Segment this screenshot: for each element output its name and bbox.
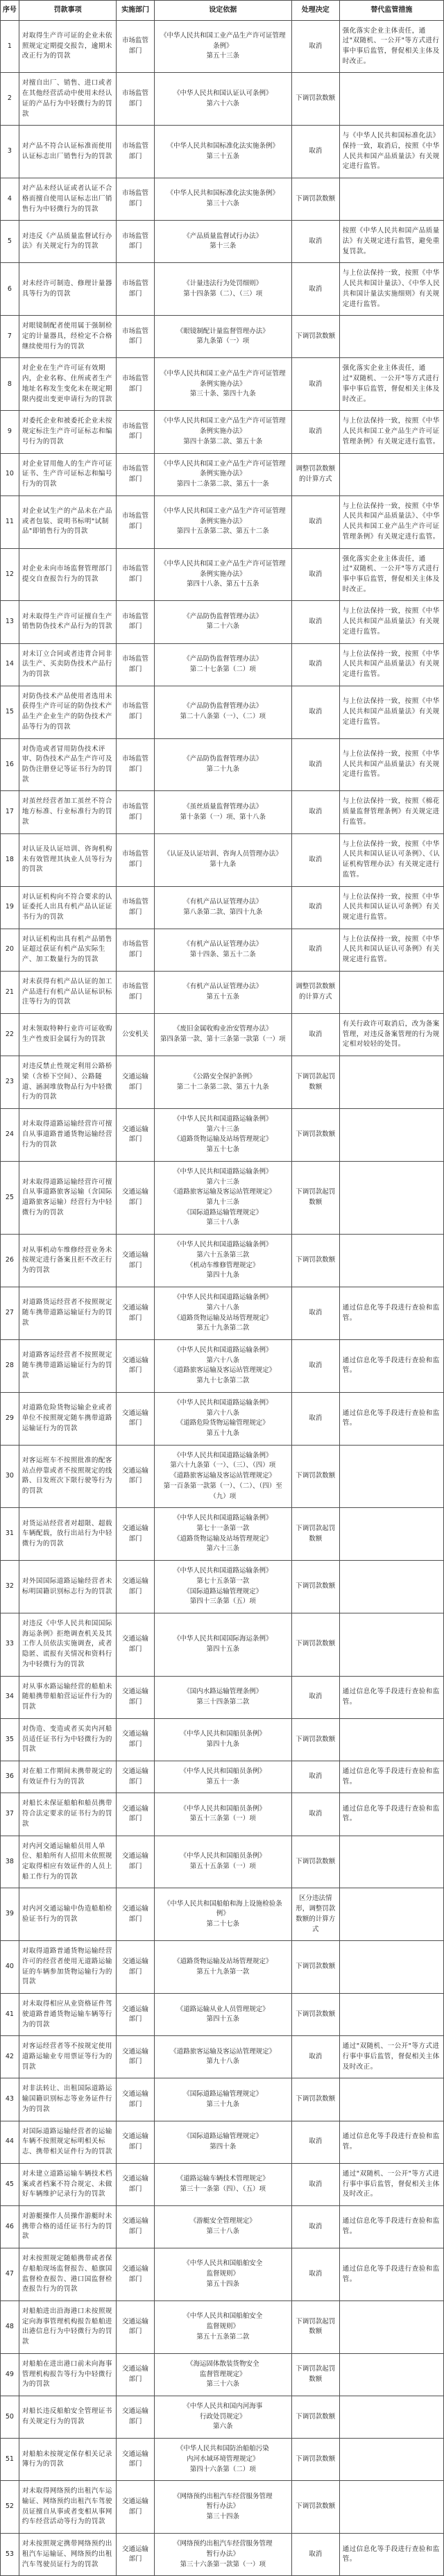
cell-alt-measure — [339, 1888, 443, 1941]
cell-legal-basis: 《网络预约出租汽车经营服务管理 暂行办法》 第三十六条第一款第（一）项 — [154, 2534, 291, 2576]
cell-seq: 6 — [1, 263, 19, 316]
cell-alt-measure — [339, 1994, 443, 2036]
cell-alt-measure — [339, 2439, 443, 2481]
cell-alt-measure: 强化落实企业主体责任，通过"双随机、一公开"等方式进行事中事后监管，督促相关主体… — [339, 548, 443, 601]
cell-alt-measure: 通过"双随机、一公开"等方式进行事中事后监管，督促相关主体及时改正。 — [339, 2163, 443, 2205]
cell-alt-measure: 通过信息化等手段进行查验和监管。 — [339, 1287, 443, 1340]
cell-alt-measure: 与上位法保持一致，按照《中华人民共和国认证认可条例》、《认证机构管理办法》有关规… — [339, 833, 443, 886]
cell-implementing-dept: 市场监管部门 — [117, 221, 154, 263]
cell-seq: 38 — [1, 1836, 19, 1888]
cell-decision: 取消 — [291, 1392, 339, 1445]
cell-penalty-item: 对违反《中华人民共和国国际海运条例》拒绝调查机关及其工作人员依法实施调查，或者隐… — [19, 1613, 117, 1677]
cell-implementing-dept: 交通运输部门 — [117, 2396, 154, 2439]
cell-legal-basis: 《道路运输从业人员管理规定》 第四十五条 — [154, 1994, 291, 2036]
cell-penalty-item: 对船舶进出沿海港口未按照规定向海事管理机构报告船舶进出港信息行为中轻微行为的罚款 — [19, 2300, 117, 2353]
cell-penalty-item: 对客运经营者等不按规定使用道路运输业专用票证等行为的罚款 — [19, 2036, 117, 2078]
table-row: 49对船舶在进出港口前未向海事管理机构报告等行为中轻微行为的罚款交通运输部门《海… — [1, 2353, 444, 2396]
cell-legal-basis: 《中华人民共和国认证认可条例》 第六十六条 — [154, 73, 291, 126]
cell-seq: 36 — [1, 1761, 19, 1793]
cell-legal-basis: 《中华人民共和国标准化法实施条例》 第三十六条 — [154, 178, 291, 221]
cell-penalty-item: 对未取得生产许可证擅自生产销售防伪技术产品行为的罚款 — [19, 601, 117, 643]
cell-legal-basis: 《中华人民共和国船舶和海上设施检验条例》 第二十七条 — [154, 1888, 291, 1941]
cell-penalty-item: 对在船工作期间未携带规定的有效证件行为的罚款 — [19, 1761, 117, 1793]
cell-decision: 下调罚款数额 — [291, 1561, 339, 1613]
cell-seq: 49 — [1, 2353, 19, 2396]
cell-legal-basis: 《中华人民共和国道路运输条例》 第六十五条第三款 《机动车维修管理规定》 第四十… — [154, 1235, 291, 1287]
cell-penalty-item: 对从事机动车维修经营业务未按规定进行备案且拒不改正行为的罚款 — [19, 1235, 117, 1287]
cell-legal-basis: 《产品防伪监督管理办法》 第二十六条 — [154, 601, 291, 643]
cell-legal-basis: 《中华人民共和国工业产品生产许可证管理条例实施办法》 第四十八条、第五十五条 — [154, 548, 291, 601]
cell-implementing-dept: 市场监管部门 — [117, 178, 154, 221]
table-row: 17对茧丝经营者加工茧丝不符合地方标准、行业标准行为的罚款市场监管部门《茧丝质量… — [1, 791, 444, 833]
cell-legal-basis: 《中华人民共和国工业产品生产许可证管理条例实施办法》 第四十五条第二款、第五十二… — [154, 495, 291, 548]
cell-seq: 24 — [1, 1109, 19, 1162]
cell-seq: 9 — [1, 411, 19, 453]
cell-legal-basis: 《中华人民共和国标准化法实施条例》 第三十五条 — [154, 126, 291, 178]
table-row: 5对违反《产品质量监督试行办法》有关规定行为的罚款市场监管部门《产品质量监督试行… — [1, 221, 444, 263]
cell-alt-measure — [339, 1109, 443, 1162]
cell-penalty-item: 对委托企业和被委托企业未按规定标注生产许可证标志和编号行为的罚款 — [19, 411, 117, 453]
cell-implementing-dept: 市场监管部门 — [117, 411, 154, 453]
cell-implementing-dept: 市场监管部门 — [117, 263, 154, 316]
cell-legal-basis: 《国际道路运输管理规定》 第三十九条 — [154, 2078, 291, 2121]
cell-seq: 32 — [1, 1561, 19, 1613]
table-row: 11对企业试生产的产品未在产品或者包装、说明书标明"试制品"即销售行为的罚款市场… — [1, 495, 444, 548]
cell-seq: 39 — [1, 1888, 19, 1941]
cell-decision: 下调罚款起罚数额 — [291, 2300, 339, 2353]
cell-implementing-dept: 交通运输部门 — [117, 1836, 154, 1888]
cell-alt-measure — [339, 2396, 443, 2439]
cell-penalty-item: 对未按照规定携带网络预约出租汽车运输证、网络预约出租汽车驾驶员证行为的罚款 — [19, 2534, 117, 2576]
cell-seq: 29 — [1, 1392, 19, 1445]
cell-implementing-dept: 交通运输部门 — [117, 1941, 154, 1994]
cell-implementing-dept: 市场监管部门 — [117, 643, 154, 686]
cell-decision: 取消 — [291, 2248, 339, 2301]
cell-decision: 取消 — [291, 411, 339, 453]
cell-legal-basis: 《中华人民共和国道路运输条例》 第六十三条 《道路旅客运输及客运站管理规定》 第… — [154, 1161, 291, 1234]
cell-decision: 取消 — [291, 1013, 339, 1056]
cell-decision: 下调罚款数额 — [291, 2481, 339, 2534]
cell-decision: 取消 — [291, 1793, 339, 1836]
cell-implementing-dept: 市场监管部门 — [117, 929, 154, 971]
penalty-table: 序号 罚款事项 实施部门 设定依据 处理决定 替代监管措施 1对取得生产许可证的… — [0, 0, 444, 2576]
cell-decision: 下调罚款数额 — [291, 316, 339, 358]
table-row: 16对伪造或者冒用防伪技术评审、防伪技术产品生产许可及防伪注册登记等证书行为的罚… — [1, 738, 444, 791]
cell-penalty-item: 对防伪技术产品使用者选用未获得生产许可证的防伪技术产品生产企业生产的防伪技术产品… — [19, 686, 117, 738]
cell-alt-measure — [339, 2353, 443, 2396]
cell-seq: 13 — [1, 601, 19, 643]
cell-alt-measure: 与上位法保持一致，按照《中华人民共和国认证认可条例》有关规定进行监管。 — [339, 886, 443, 929]
cell-implementing-dept: 交通运输部门 — [117, 1561, 154, 1613]
cell-implementing-dept: 交通运输部门 — [117, 1718, 154, 1761]
cell-implementing-dept: 交通运输部门 — [117, 1445, 154, 1508]
cell-penalty-item: 对认证及认证培训、咨询机构未有效管理其执业人员等行为的罚款 — [19, 833, 117, 886]
header-alt-measures: 替代监管措施 — [339, 1, 443, 21]
cell-implementing-dept: 交通运输部门 — [117, 1613, 154, 1677]
cell-implementing-dept: 交通运输部门 — [117, 2534, 154, 2576]
cell-alt-measure: 有关行政许可取消后，改为备案管理，对违反备案管理的行为规定相对较轻的处罚。 — [339, 1013, 443, 1056]
cell-legal-basis: 《茧丝质量监督管理办法》 第十条第（一）项、第十八条 — [154, 791, 291, 833]
cell-decision: 取消 — [291, 1339, 339, 1392]
table-row: 13对未取得生产许可证擅自生产销售防伪技术产品行为的罚款市场监管部门《产品防伪监… — [1, 601, 444, 643]
table-row: 26对从事机动车维修经营业务未按规定进行备案且拒不改正行为的罚款交通运输部门《中… — [1, 1235, 444, 1287]
cell-decision: 取消 — [291, 2205, 339, 2248]
table-row: 47对未按照规定随船携带或者保存船舶现场监督报告、船旗国监督检查报告、港口国监督… — [1, 2248, 444, 2301]
cell-decision: 取消 — [291, 686, 339, 738]
table-row: 14对未订立合同或者违背合同非法生产、买卖防伪技术产品行为的罚款市场监管部门《产… — [1, 643, 444, 686]
cell-penalty-item: 对未按照规定随船携带或者保存船舶现场监督报告、船旗国监督检查报告、港口国监督检查… — [19, 2248, 117, 2301]
header-seq: 序号 — [1, 1, 19, 21]
cell-decision: 下调罚款起罚数额 — [291, 1161, 339, 1234]
table-row: 31对货运站经营者对超限、超载车辆配载，放行出站行为中轻微行为的罚款交通运输部门… — [1, 1508, 444, 1561]
cell-implementing-dept: 交通运输部门 — [117, 2300, 154, 2353]
cell-penalty-item: 对产品不符合认证标准而使用认证标志出厂销售行为的罚款 — [19, 126, 117, 178]
cell-alt-measure — [339, 2078, 443, 2121]
table-row: 30对客运班车不按照批准的配客站点停靠或者不按照规定的线路、日发班次下限行驶等行… — [1, 1445, 444, 1508]
cell-implementing-dept: 交通运输部门 — [117, 2163, 154, 2205]
cell-implementing-dept: 市场监管部门 — [117, 73, 154, 126]
cell-implementing-dept: 交通运输部门 — [117, 1676, 154, 1718]
table-row: 28对道路客运经营者不按照规定随车携带道路运输证行为的罚款交通运输部门《中华人民… — [1, 1339, 444, 1392]
cell-seq: 23 — [1, 1056, 19, 1109]
cell-legal-basis: 《道路旅客运输及客运站管理规定》 第九十八条 — [154, 2036, 291, 2078]
cell-alt-measure: 与上位法保持一致，按照《中华人民共和国产品质量法》有关规定进行监管。 — [339, 686, 443, 738]
cell-seq: 52 — [1, 2481, 19, 2534]
cell-legal-basis: 《有机产品认证管理办法》 第五十五条 — [154, 971, 291, 1013]
table-row: 3对产品不符合认证标准而使用认证标志出厂销售行为的罚款市场监管部门《中华人民共和… — [1, 126, 444, 178]
cell-seq: 3 — [1, 126, 19, 178]
cell-legal-basis: 《中华人民共和国道路运输条例》 第六十三条 《道路货物运输及站场管理规定》 第五… — [154, 1109, 291, 1162]
table-row: 40对取得道路普通货物运输经营许可的经营者使用无道路运输证的车辆参加货物运输行为… — [1, 1941, 444, 1994]
cell-decision: 下调罚款起罚数额 — [291, 1056, 339, 1109]
cell-implementing-dept: 交通运输部门 — [117, 2481, 154, 2534]
cell-legal-basis: 《中华人民共和国工业产品生产许可证管理条例实施办法》 第四十条第二款、第五十条 — [154, 411, 291, 453]
cell-implementing-dept: 市场监管部门 — [117, 20, 154, 73]
cell-legal-basis: 《海运固体散装货物安全 监督管理规定》 第三十六条 — [154, 2353, 291, 2396]
cell-alt-measure: 按照《中华人民共和国产品质量法》有关规定进行监管，避免重复罚款。 — [339, 221, 443, 263]
cell-decision: 取消 — [291, 791, 339, 833]
cell-decision: 下调罚款数额 — [291, 1941, 339, 1994]
cell-seq: 48 — [1, 2300, 19, 2353]
cell-implementing-dept: 交通运输部门 — [117, 1339, 154, 1392]
header-penalty-item: 罚款事项 — [19, 1, 117, 21]
table-row: 23对违反禁止性规定利用公路桥梁（含桥下空间）、公路隧道、涵洞堆放物品行为中轻微… — [1, 1056, 444, 1109]
cell-decision: 取消 — [291, 833, 339, 886]
cell-legal-basis: 《中华人民共和国道路运输条例》 第六十八条 《道路危险货物运输管理规定》 第五十… — [154, 1392, 291, 1445]
table-row: 33对违反《中华人民共和国国际海运条例》拒绝调查机关及其工作人员依法实施调查，或… — [1, 1613, 444, 1677]
cell-legal-basis: 《中华人民共和国工业产品生产许可证管理条例实施办法》 第四十二条第二款、第五十一… — [154, 453, 291, 495]
cell-penalty-item: 对船舶未按规定保存相关记录簿行为的罚款 — [19, 2439, 117, 2481]
table-row: 6对未经许可制造、修理计量器具等行为的罚款市场监管部门《计量违法行为处罚细则》 … — [1, 263, 444, 316]
cell-seq: 8 — [1, 358, 19, 411]
cell-alt-measure: 通过信息化等手段进行查验和监管。 — [339, 2121, 443, 2163]
cell-alt-measure — [339, 178, 443, 221]
cell-legal-basis: 《游艇安全管理规定》 第三十八条 — [154, 2205, 291, 2248]
cell-implementing-dept: 交通运输部门 — [117, 2036, 154, 2078]
cell-implementing-dept: 市场监管部门 — [117, 833, 154, 886]
cell-legal-basis: 《产品质量监督试行办法》 第十三条 — [154, 221, 291, 263]
cell-penalty-item: 对认证机构出具有机产品销售证超过获证有机产品实际生产、加工数量行为的罚款 — [19, 929, 117, 971]
table-row: 35对伪造、变造或者买卖内河船员适任证书行为中轻微行为的罚款交通运输部门《中华人… — [1, 1718, 444, 1761]
cell-penalty-item: 对未经许可制造、修理计量器具等行为的罚款 — [19, 263, 117, 316]
cell-penalty-item: 对伪造、变造或者买卖内河船员适任证书行为中轻微行为的罚款 — [19, 1718, 117, 1761]
cell-alt-measure — [339, 1836, 443, 1888]
cell-legal-basis: 《中华人民共和国道路运输条例》 第六十八条 《道路旅客运输及客运站管理规定》 第… — [154, 1339, 291, 1392]
table-row: 48对船舶进出沿海港口未按照规定向海事管理机构报告船舶进出港信息行为中轻微行为的… — [1, 2300, 444, 2353]
cell-implementing-dept: 交通运输部门 — [117, 2353, 154, 2396]
cell-penalty-item: 对违反《产品质量监督试行办法》有关规定行为的罚款 — [19, 221, 117, 263]
cell-decision: 调整罚款数额的计算方式 — [291, 453, 339, 495]
cell-legal-basis: 《中华人民共和国工业产品生产许可证管理条例》 第五十三条 — [154, 20, 291, 73]
cell-penalty-item: 对道路客运经营者不按照规定随车携带道路运输证行为的罚款 — [19, 1339, 117, 1392]
cell-penalty-item: 对企业试生产的产品未在产品或者包装、说明书标明"试制品"即销售行为的罚款 — [19, 495, 117, 548]
cell-implementing-dept: 市场监管部门 — [117, 601, 154, 643]
table-row: 29对道路危险货物运输企业或者单位不按照规定随车携带道路运输证行为的罚款交通运输… — [1, 1392, 444, 1445]
cell-alt-measure: 与上位法保持一致，按照《中华人民共和国产品质量法》有关规定进行监管。 — [339, 738, 443, 791]
cell-alt-measure: 通过信息化等手段进行查验和监管。 — [339, 1761, 443, 1793]
cell-decision: 下调罚款数额 — [291, 2396, 339, 2439]
cell-decision: 下调罚款数额 — [291, 1718, 339, 1761]
cell-alt-measure: 强化落实企业主体责任，通过"双随机、一公开"等方式进行事中事后监管，督促相关主体… — [339, 358, 443, 411]
table-body: 1对取得生产许可证的企业未依照规定定期提交报告，逾期未改正行为的罚款市场监管部门… — [1, 20, 444, 2576]
table-row: 1对取得生产许可证的企业未依照规定定期提交报告，逾期未改正行为的罚款市场监管部门… — [1, 20, 444, 73]
cell-decision: 取消 — [291, 221, 339, 263]
cell-decision: 取消 — [291, 20, 339, 73]
cell-penalty-item: 对游艇操作人员操作游艇时未携带合格的适任证书行为的罚款 — [19, 2205, 117, 2248]
cell-penalty-item: 对伪造或者冒用防伪技术评审、防伪技术产品生产许可及防伪注册登记等证书行为的罚款 — [19, 738, 117, 791]
cell-penalty-item: 对道路货运经营者不按照规定随车携带道路运输证行为的罚款 — [19, 1287, 117, 1340]
cell-implementing-dept: 交通运输部门 — [117, 1793, 154, 1836]
cell-seq: 28 — [1, 1339, 19, 1392]
cell-decision: 取消 — [291, 601, 339, 643]
cell-legal-basis: 《中华人民共和国道路运输条例》 第七十五条第一款 《国际道路运输管理规定》 第四… — [154, 1561, 291, 1613]
cell-alt-measure: 强化落实企业主体责任，通过"双随机、一公开"等方式进行事中事后监管，督促相关主体… — [339, 20, 443, 73]
table-row: 7对眼镜制配者使用属于强制检定的计量器具，经检定不合格继续使用行为的罚款市场监管… — [1, 316, 444, 358]
cell-alt-measure: 与上位法保持一致，按照《棉花质量监督管理条例》有关规定进行监管。 — [339, 791, 443, 833]
cell-legal-basis: 《网络预约出租汽车经营服务管理 暂行办法》 第三十四条 — [154, 2481, 291, 2534]
cell-penalty-item: 对未获得有机产品认证的加工产品进行有机产品认证标识标注等行为的罚款 — [19, 971, 117, 1013]
table-row: 36对在船工作期间未携带规定的有效证件行为的罚款交通运输部门《中华人民共和国船员… — [1, 1761, 444, 1793]
cell-implementing-dept: 公安机关 — [117, 1013, 154, 1056]
table-row: 12对企业未向市场监督管理部门提交自查报告行为的罚款市场监管部门《中华人民共和国… — [1, 548, 444, 601]
cell-penalty-item: 对内河交通运输中伪造船舶检验证书行为的罚款 — [19, 1888, 117, 1941]
table-row: 10对企业冒用他人的生产许可证证书、生产许可证标志和编号行为的罚款市场监管部门《… — [1, 453, 444, 495]
table-row: 44对国际道路运输经营者的运输车辆不按照规定标明相关标志、携带相关证件行为的罚款… — [1, 2121, 444, 2163]
cell-implementing-dept: 交通运输部门 — [117, 2121, 154, 2163]
cell-decision: 取消 — [291, 2121, 339, 2163]
cell-legal-basis: 《国际道路运输管理规定》 第四十条 — [154, 2121, 291, 2163]
table-row: 34对从事水路运输经营的船舶未随船携带船舶营运证件行为的罚款交通运输部门《国内水… — [1, 1676, 444, 1718]
cell-alt-measure: 通过信息化等手段进行查验和监管。 — [339, 1676, 443, 1718]
cell-decision: 取消 — [291, 2534, 339, 2576]
table-row: 32对外国国际道路运输经营者未标明国籍识别标志行为的罚款交通运输部门《中华人民共… — [1, 1561, 444, 1613]
cell-penalty-item: 对产品未经认证或者认证不合格而擅自使用认证标志出厂销售行为中轻微行为的罚款 — [19, 178, 117, 221]
cell-legal-basis: 《道路运输车辆技术管理规定》 第三十一条第（四）、（五）项 — [154, 2163, 291, 2205]
cell-seq: 20 — [1, 929, 19, 971]
table-row: 42对客运经营者等不按规定使用道路运输业专用票证等行为的罚款交通运输部门《道路旅… — [1, 2036, 444, 2078]
cell-seq: 15 — [1, 686, 19, 738]
cell-alt-measure: 通过信息化等手段进行查验和监管。 — [339, 2534, 443, 2576]
cell-alt-measure: 与《中华人民共和国标准化法》保持一致，取消后，按照《中华人民共和国产品质量法》有… — [339, 126, 443, 178]
table-row: 52对未取得网络预约出租汽车运输证、网络预约出租汽车驾驶员证擅自从事或者变相从事… — [1, 2481, 444, 2534]
cell-alt-measure: 通过信息化等手段进行查验和监管。 — [339, 2205, 443, 2248]
cell-legal-basis: 《有机产品认证管理办法》 第八条第二款、第四十九条 — [154, 886, 291, 929]
cell-implementing-dept: 交通运输部门 — [117, 1994, 154, 2036]
table-row: 27对道路货运经营者不按照规定随车携带道路运输证行为的罚款交通运输部门《中华人民… — [1, 1287, 444, 1340]
cell-penalty-item: 对企业未向市场监督管理部门提交自查报告行为的罚款 — [19, 548, 117, 601]
cell-implementing-dept: 市场监管部门 — [117, 886, 154, 929]
cell-seq: 45 — [1, 2163, 19, 2205]
table-row: 20对认证机构出具有机产品销售证超过获证有机产品实际生产、加工数量行为的罚款市场… — [1, 929, 444, 971]
cell-seq: 47 — [1, 2248, 19, 2301]
cell-penalty-item: 对外国国际道路运输经营者未标明国籍识别标志行为的罚款 — [19, 1561, 117, 1613]
cell-legal-basis: 《中华人民共和国防治船舶污染 内河水域环境管理规定》 第四十六条第（二）项 — [154, 2439, 291, 2481]
table-row: 46对游艇操作人员操作游艇时未携带合格的适任证书行为的罚款交通运输部门《游艇安全… — [1, 2205, 444, 2248]
table-row: 51对船舶未按规定保存相关记录簿行为的罚款交通运输部门《中华人民共和国防治船舶污… — [1, 2439, 444, 2481]
cell-seq: 22 — [1, 1013, 19, 1056]
table-row: 50对船长违反船舶安全管理证书有关规定行为的罚款交通运输部门《中华人民共和国内河… — [1, 2396, 444, 2439]
cell-alt-measure: 通过信息化等手段进行查验和监管。 — [339, 1392, 443, 1445]
cell-legal-basis: 《中华人民共和国船员条例》 第五十三条第（一）项 — [154, 1793, 291, 1836]
cell-implementing-dept: 交通运输部门 — [117, 1056, 154, 1109]
header-decision: 处理决定 — [291, 1, 339, 21]
cell-seq: 42 — [1, 2036, 19, 2078]
cell-seq: 37 — [1, 1793, 19, 1836]
table-row: 19对认证机构向不符合要求的认证委托人出具有机产品认证证书行为的罚款市场监管部门… — [1, 886, 444, 929]
cell-seq: 33 — [1, 1613, 19, 1677]
cell-implementing-dept: 交通运输部门 — [117, 1109, 154, 1162]
cell-seq: 4 — [1, 178, 19, 221]
cell-decision: 调整罚款数额的计算方式 — [291, 971, 339, 1013]
cell-decision: 下调罚款数额 — [291, 1613, 339, 1677]
cell-decision: 下调罚款数额 — [291, 178, 339, 221]
cell-alt-measure — [339, 316, 443, 358]
cell-penalty-item: 对从事水路运输经营的船舶未随船携带船舶营运证件行为的罚款 — [19, 1676, 117, 1718]
table-row: 45对未建立道路运输车辆技术档案或者档案不符合规定、未做好车辆维护记录行为的罚款… — [1, 2163, 444, 2205]
cell-legal-basis: 《有机产品认证管理办法》 第十四条、第五十二条 — [154, 929, 291, 971]
cell-seq: 2 — [1, 73, 19, 126]
cell-decision: 下调罚款起罚数额 — [291, 2353, 339, 2396]
cell-implementing-dept: 交通运输部门 — [117, 1161, 154, 1234]
cell-legal-basis: 《产品防伪监督管理办法》 第二十七条第（二）项 — [154, 643, 291, 686]
cell-legal-basis: 《中华人民共和国道路运输条例》 第六十九条第（一）、（三）、（四）项 《道路旅客… — [154, 1445, 291, 1508]
cell-penalty-item: 对眼镜制配者使用属于强制检定的计量器具，经检定不合格继续使用行为的罚款 — [19, 316, 117, 358]
cell-legal-basis: 《中华人民共和国船员条例》 第四十九条 — [154, 1718, 291, 1761]
cell-alt-measure — [339, 1718, 443, 1761]
cell-implementing-dept: 交通运输部门 — [117, 1508, 154, 1561]
cell-decision: 下调罚款数额 — [291, 1109, 339, 1162]
cell-legal-basis: 《中华人民共和国工业产品生产许可证管理条例实施办法》 第三十条、第四十九条 — [154, 358, 291, 411]
table-row: 22对未领取特种行业许可证收购生产性废旧金属行为的罚款公安机关《废旧金属收购业治… — [1, 1013, 444, 1056]
cell-penalty-item: 对未取得道路运输经营许可擅自从事道路普通货物运输经营行为的罚款 — [19, 1109, 117, 1162]
cell-decision: 取消 — [291, 929, 339, 971]
table-header-row: 序号 罚款事项 实施部门 设定依据 处理决定 替代监管措施 — [1, 1, 444, 21]
cell-implementing-dept: 交通运输部门 — [117, 1392, 154, 1445]
cell-penalty-item: 对取得道路普通货物运输经营许可的经营者使用无道路运输证的车辆参加货物运输行为的罚… — [19, 1941, 117, 1994]
cell-implementing-dept: 交通运输部门 — [117, 1235, 154, 1287]
cell-seq: 31 — [1, 1508, 19, 1561]
cell-seq: 53 — [1, 2534, 19, 2576]
cell-seq: 11 — [1, 495, 19, 548]
table-row: 15对防伪技术产品使用者选用未获得生产许可证的防伪技术产品生产企业生产的防伪技术… — [1, 686, 444, 738]
cell-alt-measure: 通过信息化等手段进行查验和监管。 — [339, 2248, 443, 2301]
cell-implementing-dept: 交通运输部门 — [117, 2205, 154, 2248]
cell-seq: 12 — [1, 548, 19, 601]
cell-alt-measure — [339, 1235, 443, 1287]
cell-alt-measure — [339, 1941, 443, 1994]
cell-implementing-dept: 交通运输部门 — [117, 1761, 154, 1793]
cell-penalty-item: 对船长未保证船舶和船员携带符合法定要求的证书行为的罚款 — [19, 1793, 117, 1836]
cell-decision: 下调罚款数额 — [291, 73, 339, 126]
cell-legal-basis: 《产品防伪监督管理办法》 第二十九条 — [154, 738, 291, 791]
cell-decision: 下调罚款数额 — [291, 2439, 339, 2481]
cell-penalty-item: 对认证机构向不符合要求的认证委托人出具有机产品认证证书行为的罚款 — [19, 886, 117, 929]
cell-seq: 1 — [1, 20, 19, 73]
cell-decision: 下调罚款数额 — [291, 1235, 339, 1287]
cell-implementing-dept: 市场监管部门 — [117, 453, 154, 495]
cell-alt-measure: 与上位法保持一致，按照《中华人民共和国产品质量法》、《中华人民共和国工业产品生产… — [339, 495, 443, 548]
cell-decision: 区分违法情形，调整罚款数额的计算方式 — [291, 1888, 339, 1941]
cell-penalty-item: 对未领取特种行业许可证收购生产性废旧金属行为的罚款 — [19, 1013, 117, 1056]
cell-penalty-item: 对道路危险货物运输企业或者单位不按照规定随车携带道路运输证行为的罚款 — [19, 1392, 117, 1445]
cell-implementing-dept: 交通运输部门 — [117, 2248, 154, 2301]
cell-legal-basis: 《中华人民共和国船舶安全 监督规则》 第五十五条第二款 — [154, 2300, 291, 2353]
cell-implementing-dept: 市场监管部门 — [117, 495, 154, 548]
cell-legal-basis: 《中华人民共和国船舶安全 监督规则》 第五十四条 — [154, 2248, 291, 2301]
cell-alt-measure — [339, 1056, 443, 1109]
table-row: 8对企业在生产许可证有效期内，企业名称、住所或者生产地址名称发生变化未在规定期限… — [1, 358, 444, 411]
header-legal-basis: 设定依据 — [154, 1, 291, 21]
cell-seq: 16 — [1, 738, 19, 791]
cell-decision: 取消 — [291, 643, 339, 686]
cell-legal-basis: 《计量违法行为处罚细则》 第十四条第（二）、（三）项 — [154, 263, 291, 316]
cell-seq: 41 — [1, 1994, 19, 2036]
cell-implementing-dept: 交通运输部门 — [117, 2439, 154, 2481]
cell-implementing-dept: 市场监管部门 — [117, 738, 154, 791]
cell-decision: 下调罚款起罚数额 — [291, 1508, 339, 1561]
cell-implementing-dept: 市场监管部门 — [117, 686, 154, 738]
header-implementing-dept: 实施部门 — [117, 1, 154, 21]
cell-implementing-dept: 交通运输部门 — [117, 1888, 154, 1941]
cell-decision: 下调罚款数额 — [291, 1445, 339, 1508]
cell-legal-basis: 《中华人民共和国道路运输条例》 第七十一条第一款 《道路货物运输及站场管理规定》… — [154, 1508, 291, 1561]
cell-implementing-dept: 市场监管部门 — [117, 126, 154, 178]
cell-penalty-item: 对擅自出厂、销售、进口或者在其他经营活动中使用未经认证的产品行为中轻微行为的罚款 — [19, 73, 117, 126]
cell-alt-measure: 与上位法保持一致，按照《中华人民共和国产品质量法》有关规定进行监管。 — [339, 643, 443, 686]
cell-legal-basis: 《中华人民共和国船员条例》 第五十五条第（一）项 — [154, 1836, 291, 1888]
cell-seq: 5 — [1, 221, 19, 263]
cell-seq: 21 — [1, 971, 19, 1013]
cell-alt-measure — [339, 971, 443, 1013]
cell-seq: 43 — [1, 2078, 19, 2121]
cell-alt-measure — [339, 2481, 443, 2534]
cell-penalty-item: 对未取得相应从业资格证件驾驶道路普通货物运输车辆等行为的罚款 — [19, 1994, 117, 2036]
cell-penalty-item: 对客运班车不按照批准的配客站点停靠或者不按照规定的线路、日发班次下限行驶等行为的… — [19, 1445, 117, 1508]
cell-legal-basis: 《公路安全保护条例》 第二十二条第二款、第五十九条 — [154, 1056, 291, 1109]
cell-alt-measure: 通过"双随机、一公开"等方式进行事中事后监管，督促相关主体及时改正。 — [339, 2036, 443, 2078]
cell-penalty-item: 对船舶在进出港口前未向海事管理机构报告等行为中轻微行为的罚款 — [19, 2353, 117, 2396]
cell-legal-basis: 《中华人民共和国船员条例》 第五十一条 — [154, 1761, 291, 1793]
cell-alt-measure: 与上位法保持一致，按照《中华人民共和国认证认可条例》有关规定进行监管。 — [339, 929, 443, 971]
cell-seq: 18 — [1, 833, 19, 886]
cell-decision: 取消 — [291, 548, 339, 601]
table-row: 37对船长未保证船舶和船员携带符合法定要求的证书行为的罚款交通运输部门《中华人民… — [1, 1793, 444, 1836]
cell-alt-measure — [339, 1161, 443, 1234]
cell-implementing-dept: 市场监管部门 — [117, 358, 154, 411]
table-row: 53对未按照规定携带网络预约出租汽车运输证、网络预约出租汽车驾驶员证行为的罚款交… — [1, 2534, 444, 2576]
table-row: 21对未获得有机产品认证的加工产品进行有机产品认证标识标注等行为的罚款市场监管部… — [1, 971, 444, 1013]
cell-seq: 35 — [1, 1718, 19, 1761]
